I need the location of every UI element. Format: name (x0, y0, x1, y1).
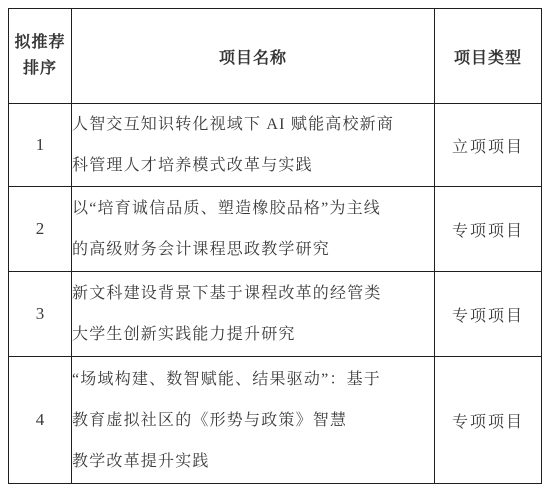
row-project-type: 立项项目 (435, 104, 542, 187)
row-project-name: 新文科建设背景下基于课程改革的经管类 大学生创新实践能力提升研究 (72, 272, 435, 357)
table-row: 2 以“培育诚信品质、塑造橡胶品格”为主线 的高级财务会计课程思政教学研究 专项… (9, 187, 542, 272)
projects-table: 拟推荐 排序 项目名称 项目类型 1 人智交互知识转化视域下 AI 赋能高校新商… (8, 8, 542, 484)
table-row: 4 “场域构建、数智赋能、结果驱动”：基于 教育虚拟社区的《形势与政策》智慧 教… (9, 357, 542, 484)
row-order: 1 (9, 104, 72, 187)
header-order: 拟推荐 排序 (9, 9, 72, 104)
table-row: 1 人智交互知识转化视域下 AI 赋能高校新商 科管理人才培养模式改革与实践 立… (9, 104, 542, 187)
row-project-name: 以“培育诚信品质、塑造橡胶品格”为主线 的高级财务会计课程思政教学研究 (72, 187, 435, 272)
row-project-type: 专项项目 (435, 187, 542, 272)
header-project-name: 项目名称 (72, 9, 435, 104)
row-project-name: “场域构建、数智赋能、结果驱动”：基于 教育虚拟社区的《形势与政策》智慧 教学改… (72, 357, 435, 484)
row-order: 3 (9, 272, 72, 357)
row-order: 4 (9, 357, 72, 484)
table-header-row: 拟推荐 排序 项目名称 项目类型 (9, 9, 542, 104)
table-row: 3 新文科建设背景下基于课程改革的经管类 大学生创新实践能力提升研究 专项项目 (9, 272, 542, 357)
header-project-type: 项目类型 (435, 9, 542, 104)
row-project-type: 专项项目 (435, 357, 542, 484)
document-page: 拟推荐 排序 项目名称 项目类型 1 人智交互知识转化视域下 AI 赋能高校新商… (0, 0, 551, 488)
row-project-name: 人智交互知识转化视域下 AI 赋能高校新商 科管理人才培养模式改革与实践 (72, 104, 435, 187)
row-order: 2 (9, 187, 72, 272)
row-project-type: 专项项目 (435, 272, 542, 357)
